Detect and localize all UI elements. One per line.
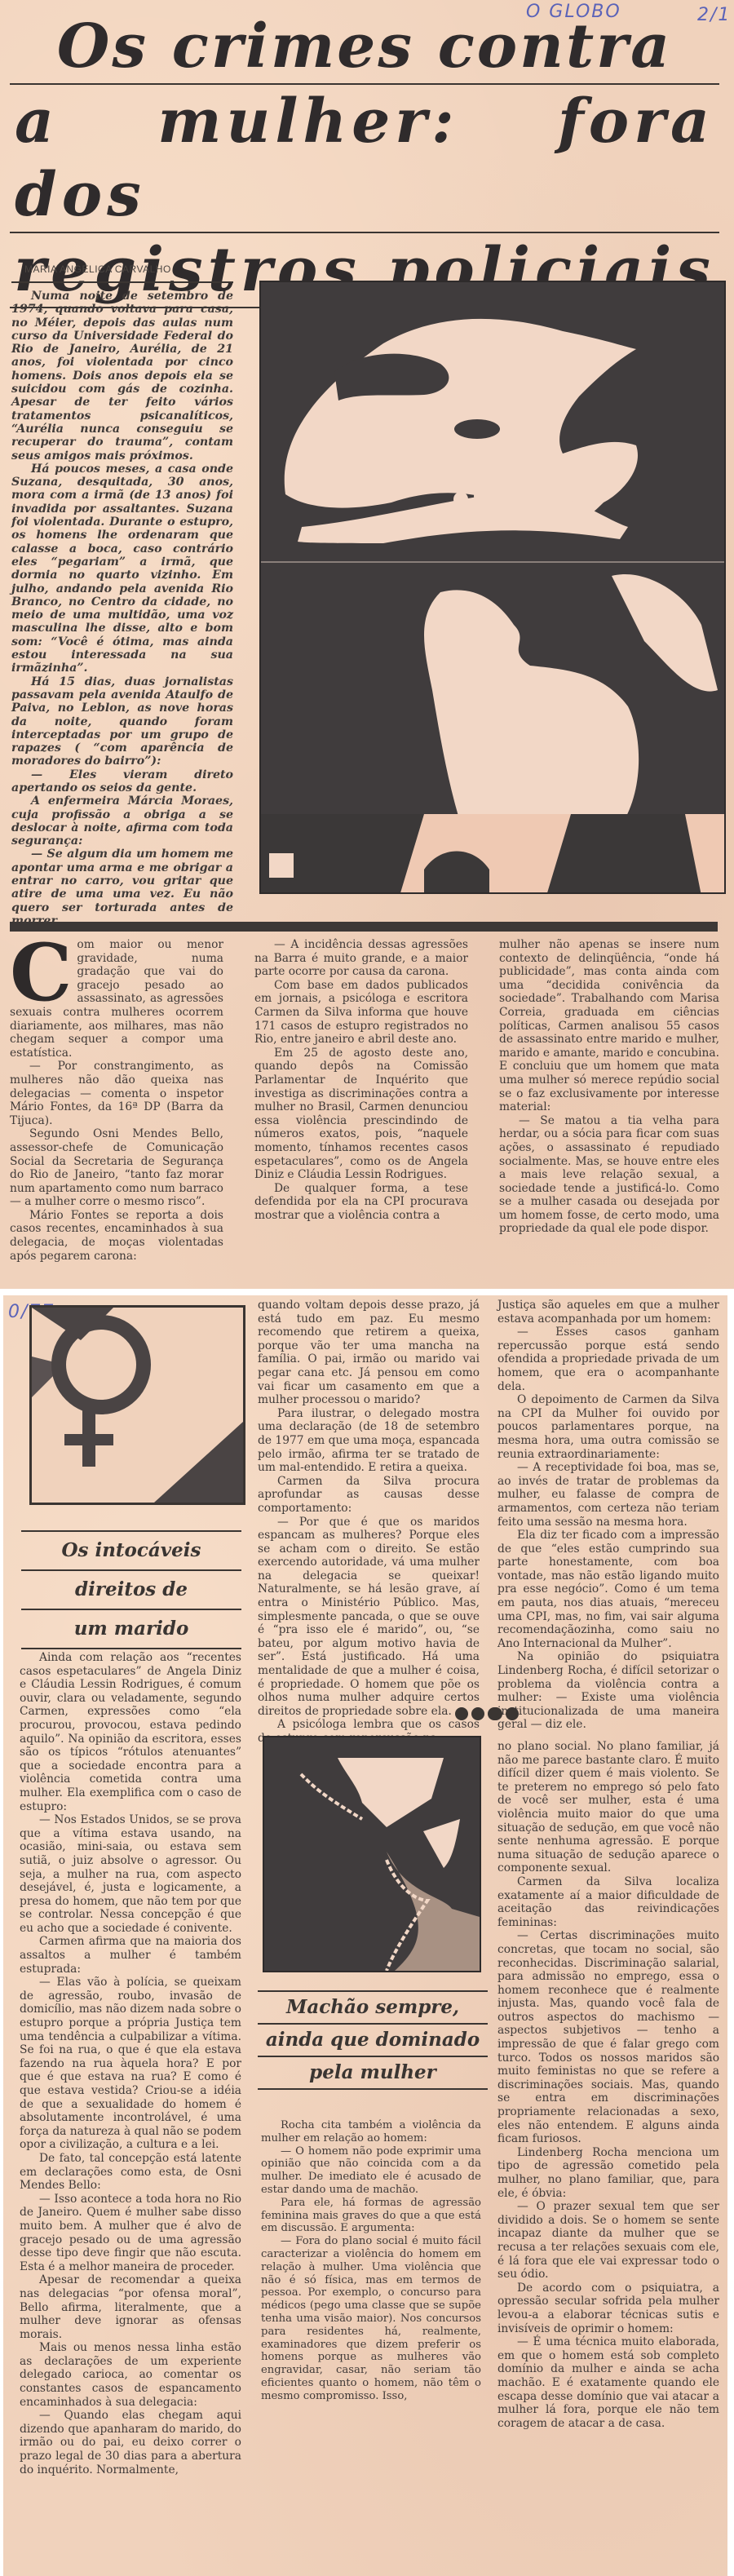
body-paragraph: — É uma técnica muito elaborada, em que … xyxy=(497,2335,719,2430)
newspaper-clipping-2: 0/77 Os intocáveis direitos de um marido… xyxy=(3,1295,727,2576)
body-paragraph: Segundo Osni Mendes Bello, assessor-chef… xyxy=(10,1127,223,1209)
dot-icon xyxy=(506,1707,519,1720)
body-paragraph: Rocha cita também a violência da mulher … xyxy=(261,2119,481,2145)
body-paragraph: — O homem não pode exprimir uma opinião … xyxy=(261,2145,481,2197)
body-paragraph: — Elas vão à polícia, se queixam de agre… xyxy=(20,1976,241,2152)
body-paragraph: Na opinião do psiquiatra Lindenberg Roch… xyxy=(497,1650,719,1732)
drop-cap: C xyxy=(10,941,72,1005)
section1-column-3: mulher não apenas se insere num contexto… xyxy=(499,938,719,1236)
subheading-intocaveis: Os intocáveis direitos de um marido xyxy=(21,1530,241,1649)
body-paragraph: Lindenberg Rocha menciona um tipo de agr… xyxy=(497,2146,719,2200)
lead-paragraph: — Se algum dia um homem me apontar uma a… xyxy=(11,848,233,927)
body-paragraph: — Fora do plano social é muito fácil car… xyxy=(261,2235,481,2402)
body-paragraph: Justiça são aqueles em que a mulher esta… xyxy=(497,1299,719,1326)
body-paragraph: — A incidência dessas agressões na Barra… xyxy=(254,938,468,979)
section-break-dots-right xyxy=(489,1707,519,1720)
section2-column-2-top: quando voltam depois desse prazo, já est… xyxy=(258,1299,480,1746)
section2-column-2-bottom: Rocha cita também a violência da mulher … xyxy=(261,2119,481,2403)
screaming-face-icon xyxy=(261,282,726,894)
body-paragraph: — Certas discriminações muito concretas,… xyxy=(497,1929,719,2146)
byline-divider xyxy=(11,281,233,283)
body-paragraph: Mais ou menos nessa linha estão as decla… xyxy=(20,2341,241,2409)
body-paragraph: Para ilustrar, o delegado mostra uma dec… xyxy=(258,1407,480,1475)
subheading-machao: Machão sempre, ainda que dominado pela m… xyxy=(258,1990,488,2090)
byline: MARIA ANGELICA CARVALHO xyxy=(24,263,171,275)
section1-column-1: Com maior ou menor gravidade, numa grada… xyxy=(10,938,223,1263)
body-paragraph: — Por que é que os maridos espancam as m… xyxy=(258,1516,480,1719)
lead-paragraph: — Eles vieram direto apertando os seios … xyxy=(11,768,233,795)
body-paragraph: no plano social. No plano familiar, já n… xyxy=(497,1740,719,1875)
dot-icon xyxy=(489,1707,502,1720)
lead-paragraph: A enfermeira Márcia Moraes, cuja profiss… xyxy=(11,794,233,848)
lead-paragraph: Há poucos meses, a casa onde Suzana, des… xyxy=(11,463,233,675)
body-paragraph: — Por constrangimento, as mulheres não d… xyxy=(10,1060,223,1127)
body-paragraph: De qualquer forma, a tese defendida por … xyxy=(254,1182,468,1223)
illustration-screaming-face xyxy=(259,281,726,894)
body-paragraph: Ainda com relação aos “recentes casos es… xyxy=(20,1651,241,1813)
body-paragraph: Com base em dados publicados em jornais,… xyxy=(254,979,468,1047)
body-paragraph: mulher não apenas se insere num contexto… xyxy=(499,938,719,1114)
body-paragraph: — Esses casos ganham repercussão porque … xyxy=(497,1326,719,1393)
shouting-face-icon xyxy=(264,1737,480,1971)
headline-line-2: a mulher: fora dos xyxy=(10,85,719,233)
newspaper-clipping-1: O GLOBO 2/1 Os crimes contra a mulher: f… xyxy=(0,0,734,1289)
section-divider xyxy=(10,922,718,932)
body-paragraph: — Se matou a tia velha para herdar, ou a… xyxy=(499,1114,719,1236)
body-paragraph: Carmen da Silva localiza exatamente aí a… xyxy=(497,1875,719,1929)
illustration-machao xyxy=(263,1736,481,1972)
section1-column-2: — A incidência dessas agressões na Barra… xyxy=(254,938,468,1222)
illustration-venus-symbol xyxy=(29,1305,245,1505)
lead-paragraph: Numa noite de setembro de 1974, quando v… xyxy=(11,290,233,463)
body-paragraph: — A receptividade foi boa, mas se, ao in… xyxy=(497,1461,719,1529)
body-paragraph: — O prazer sexual tem que ser dividido a… xyxy=(497,2200,719,2282)
body-paragraph: Apesar de recomendar a queixa nas delega… xyxy=(20,2273,241,2341)
section2-column-1: Ainda com relação aos “recentes casos es… xyxy=(20,1651,241,2476)
body-paragraph: De acordo com o psiquiatra, a opressão s… xyxy=(497,2282,719,2335)
body-paragraph: De fato, tal concepção está latente em d… xyxy=(20,2152,241,2193)
lead-paragraph: Há 15 dias, duas jornalistas passavam pe… xyxy=(11,675,233,768)
lead-column: Numa noite de setembro de 1974, quando v… xyxy=(11,290,233,927)
body-paragraph: — Nos Estados Unidos, se se prova que a … xyxy=(20,1813,241,1935)
headline-line-1: Os crimes contra xyxy=(10,10,719,85)
section2-column-3-bottom: no plano social. No plano familiar, já n… xyxy=(497,1740,719,2430)
body-paragraph: Mário Fontes se reporta a dois casos rec… xyxy=(10,1209,223,1263)
body-paragraph: Em 25 de agosto deste ano, quando depôs … xyxy=(254,1047,468,1182)
dot-icon xyxy=(455,1707,468,1720)
body-paragraph: O depoimento de Carmen da Silva na CPI d… xyxy=(497,1393,719,1461)
body-paragraph: — Isso acontece a toda hora no Rio de Ja… xyxy=(20,2193,241,2274)
dot-icon xyxy=(471,1707,484,1720)
body-paragraph: — Quando elas chegam aqui dizendo que ap… xyxy=(20,2409,241,2476)
body-paragraph: Carmen afirma que na maioria dos assalto… xyxy=(20,1935,241,1976)
body-paragraph: quando voltam depois desse prazo, já est… xyxy=(258,1299,480,1407)
female-symbol-icon xyxy=(32,1308,243,1503)
body-paragraph: Para ele, há formas de agressão feminina… xyxy=(261,2197,481,2235)
body-paragraph: Carmen da Silva procura aprofundar as ca… xyxy=(258,1475,480,1516)
section2-column-3-top: Justiça são aqueles em que a mulher esta… xyxy=(497,1299,719,1732)
body-paragraph: Ela diz ter ficado com a impressão de qu… xyxy=(497,1529,719,1650)
